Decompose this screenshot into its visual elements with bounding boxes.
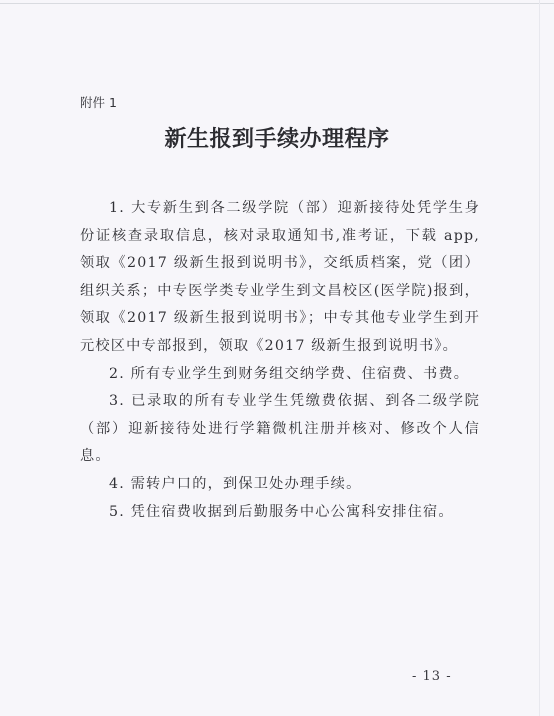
procedure-step-3: 3. 已录取的所有专业学生凭缴费依据、到各二级学院（部）迎新接待处进行学籍微机注… (80, 388, 480, 471)
procedure-step-2: 2. 所有专业学生到财务组交纳学费、住宿费、书费。 (80, 361, 480, 389)
scan-top-edge (0, 3, 554, 4)
procedure-body: 1. 大专新生到各二级学院（部）迎新接待处凭学生身份证核查录取信息，核对录取通知… (80, 195, 480, 526)
procedure-step-1: 1. 大专新生到各二级学院（部）迎新接待处凭学生身份证核查录取信息，核对录取通知… (80, 195, 480, 361)
page-title: 新生报到手续办理程序 (0, 122, 554, 153)
procedure-step-5: 5. 凭住宿费收据到后勤服务中心公寓科安排住宿。 (80, 499, 480, 527)
scanned-document-page: 附件 1 新生报到手续办理程序 1. 大专新生到各二级学院（部）迎新接待处凭学生… (0, 0, 554, 716)
page-number: - 13 - (412, 669, 452, 684)
procedure-step-4: 4. 需转户口的，到保卫处办理手续。 (80, 471, 480, 499)
scan-right-edge (539, 0, 540, 716)
attachment-label: 附件 1 (80, 93, 117, 111)
